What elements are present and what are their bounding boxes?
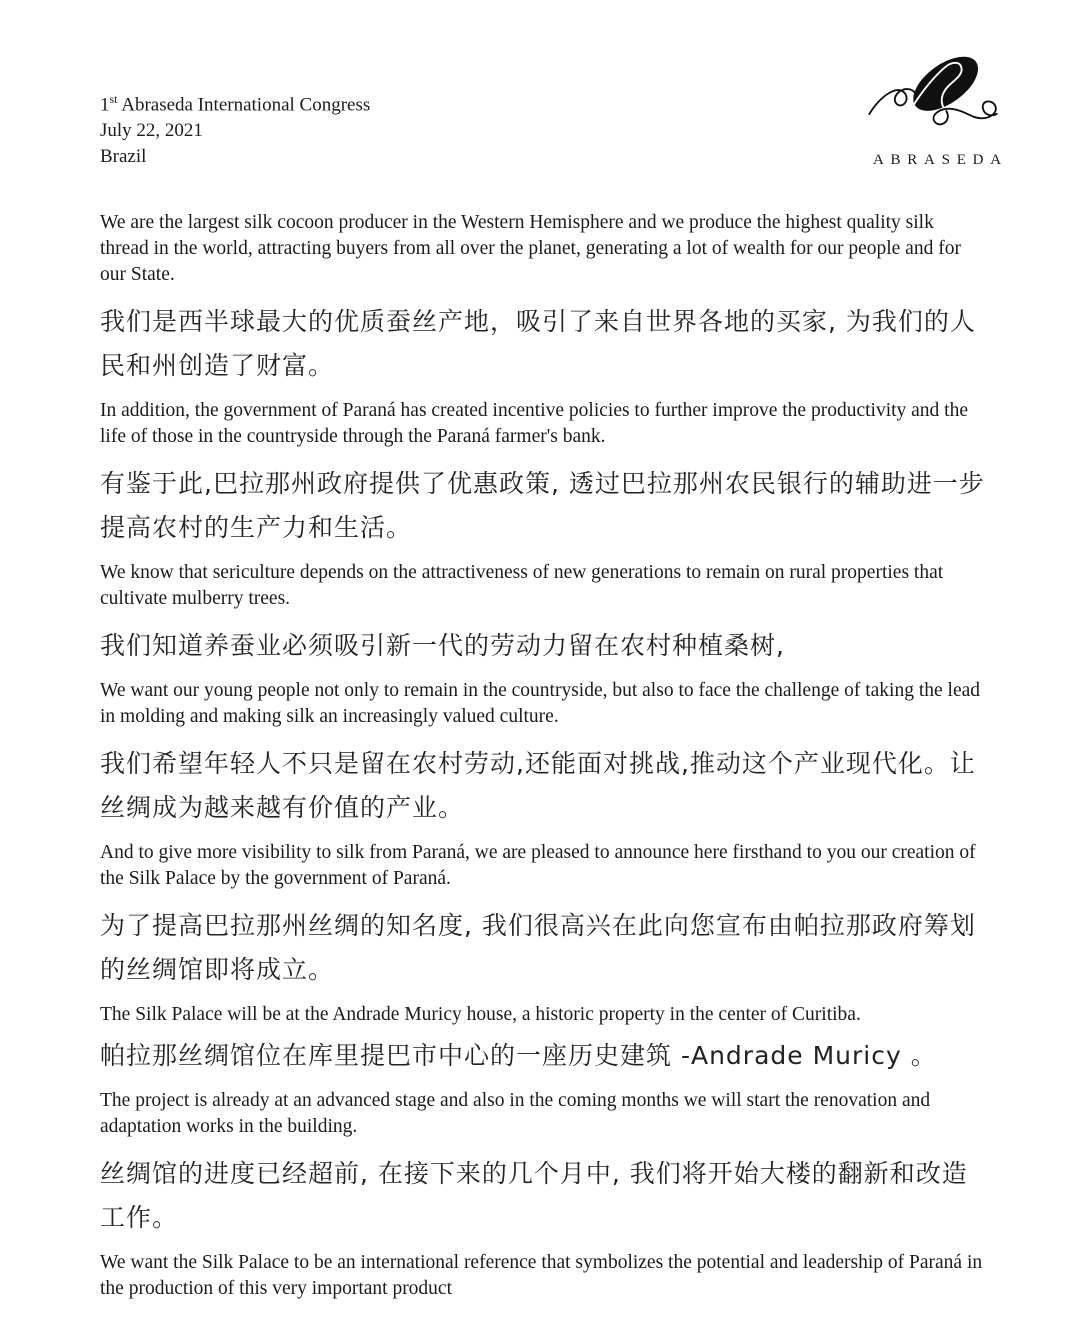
- paragraph-en: And to give more visibility to silk from…: [100, 840, 985, 892]
- logo-brand-text: ABRASEDA: [869, 152, 1012, 169]
- paragraph-en: The Silk Palace will be at the Andrade M…: [100, 1002, 985, 1028]
- paragraph-en: We want our young people not only to rem…: [100, 678, 985, 730]
- congress-date: July 22, 2021: [100, 118, 985, 144]
- congress-ordinal: st: [110, 92, 118, 106]
- paragraph-en: The project is already at an advanced st…: [100, 1088, 985, 1140]
- paragraph-en: We are the largest silk cocoon producer …: [100, 210, 985, 288]
- congress-title-line: 1st Abraseda International Congress: [100, 86, 985, 118]
- paragraph-zh: 丝绸馆的进度已经超前, 在接下来的几个月中, 我们将开始大楼的翻新和改造工作。: [100, 1152, 985, 1240]
- paragraph-zh: 有鉴于此,巴拉那州政府提供了优惠政策, 透过巴拉那州农民银行的辅助进一步提高农村…: [100, 462, 985, 550]
- paragraph-zh: 帕拉那丝绸馆位在库里提巴市中心的一座历史建筑 -Andrade Muricy 。: [100, 1034, 985, 1078]
- paragraph-en: In addition, the government of Paraná ha…: [100, 398, 985, 450]
- paragraph-en: We want the Silk Palace to be an interna…: [100, 1250, 985, 1302]
- silk-cocoon-swirl-icon: [862, 42, 1012, 150]
- paragraph-zh: 为了提高巴拉那州丝绸的知名度, 我们很高兴在此向您宣布由帕拉那政府筹划的丝绸馆即…: [100, 904, 985, 992]
- paragraph-zh: 我们知道养蚕业必须吸引新一代的劳动力留在农村种植桑树,: [100, 624, 985, 668]
- abraseda-logo: ABRASEDA: [862, 42, 1012, 169]
- paragraph-zh: 我们希望年轻人不只是留在农村劳动,还能面对挑战,推动这个产业现代化。让丝绸成为越…: [100, 742, 985, 830]
- document-body: We are the largest silk cocoon producer …: [100, 210, 985, 1302]
- document-page: 1st Abraseda International Congress July…: [0, 0, 1080, 1337]
- document-header: 1st Abraseda International Congress July…: [100, 86, 985, 170]
- congress-country: Brazil: [100, 144, 985, 170]
- congress-title: Abraseda International Congress: [118, 94, 371, 115]
- paragraph-en: We know that sericulture depends on the …: [100, 560, 985, 612]
- paragraph-zh: 我们是西半球最大的优质蚕丝产地，吸引了来自世界各地的买家, 为我们的人民和州创造…: [100, 300, 985, 388]
- congress-number: 1: [100, 94, 110, 115]
